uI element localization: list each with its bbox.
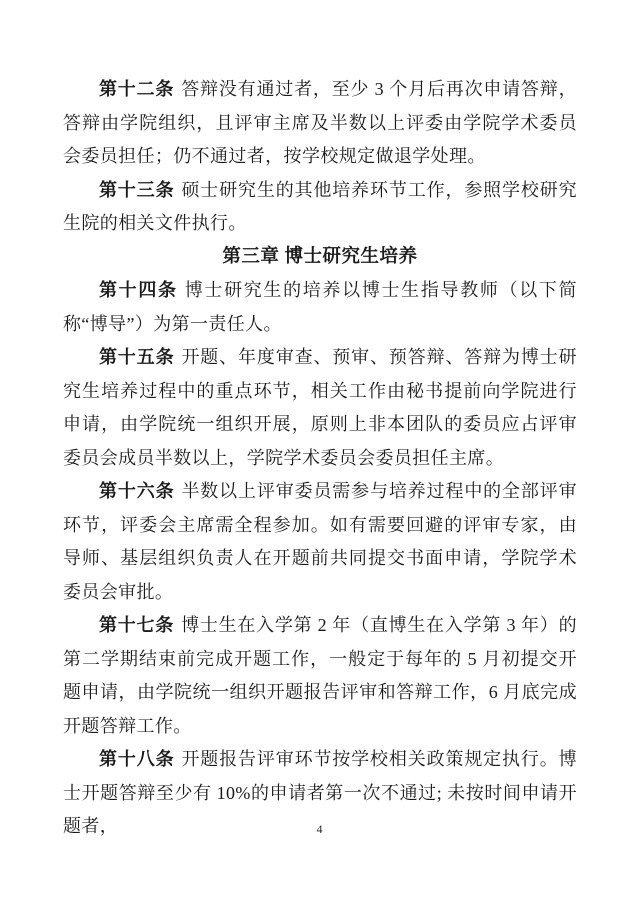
article-16-number: 第十六条	[99, 481, 174, 501]
article-17-number: 第十七条	[99, 615, 174, 635]
article-18-number: 第十八条	[99, 749, 174, 769]
article-13-paragraph: 第十三条硕士研究生的其他培养环节工作，参照学校研究生院的相关文件执行。	[63, 174, 577, 241]
article-12-number: 第十二条	[99, 79, 174, 99]
article-14-paragraph: 第十四条博士研究生的培养以博士生指导教师（以下简称“博导”）为第一责任人。	[63, 274, 577, 341]
article-15-number: 第十五条	[99, 347, 174, 367]
article-16-paragraph: 第十六条半数以上评审委员需参与培养过程中的全部评审环节，评委会主席需全程参加。如…	[63, 475, 577, 609]
page-number: 4	[0, 821, 639, 837]
article-13-number: 第十三条	[99, 180, 174, 200]
document-page: 第十二条答辩没有通过者，至少 3 个月后再次申请答辩，答辩由学院组织，且评审主席…	[0, 0, 639, 903]
article-12-paragraph: 第十二条答辩没有通过者，至少 3 个月后再次申请答辩，答辩由学院组织，且评审主席…	[63, 73, 577, 174]
document-body: 第十二条答辩没有通过者，至少 3 个月后再次申请答辩，答辩由学院组织，且评审主席…	[0, 0, 639, 844]
article-14-number: 第十四条	[99, 280, 178, 300]
article-15-paragraph: 第十五条开题、年度审查、预审、预答辩、答辩为博士研究生培养过程中的重点环节，相关…	[63, 341, 577, 475]
article-17-paragraph: 第十七条博士生在入学第 2 年（直博生在入学第 3 年）的第二学期结束前完成开题…	[63, 609, 577, 743]
chapter-heading: 第三章 博士研究生培养	[63, 241, 577, 275]
